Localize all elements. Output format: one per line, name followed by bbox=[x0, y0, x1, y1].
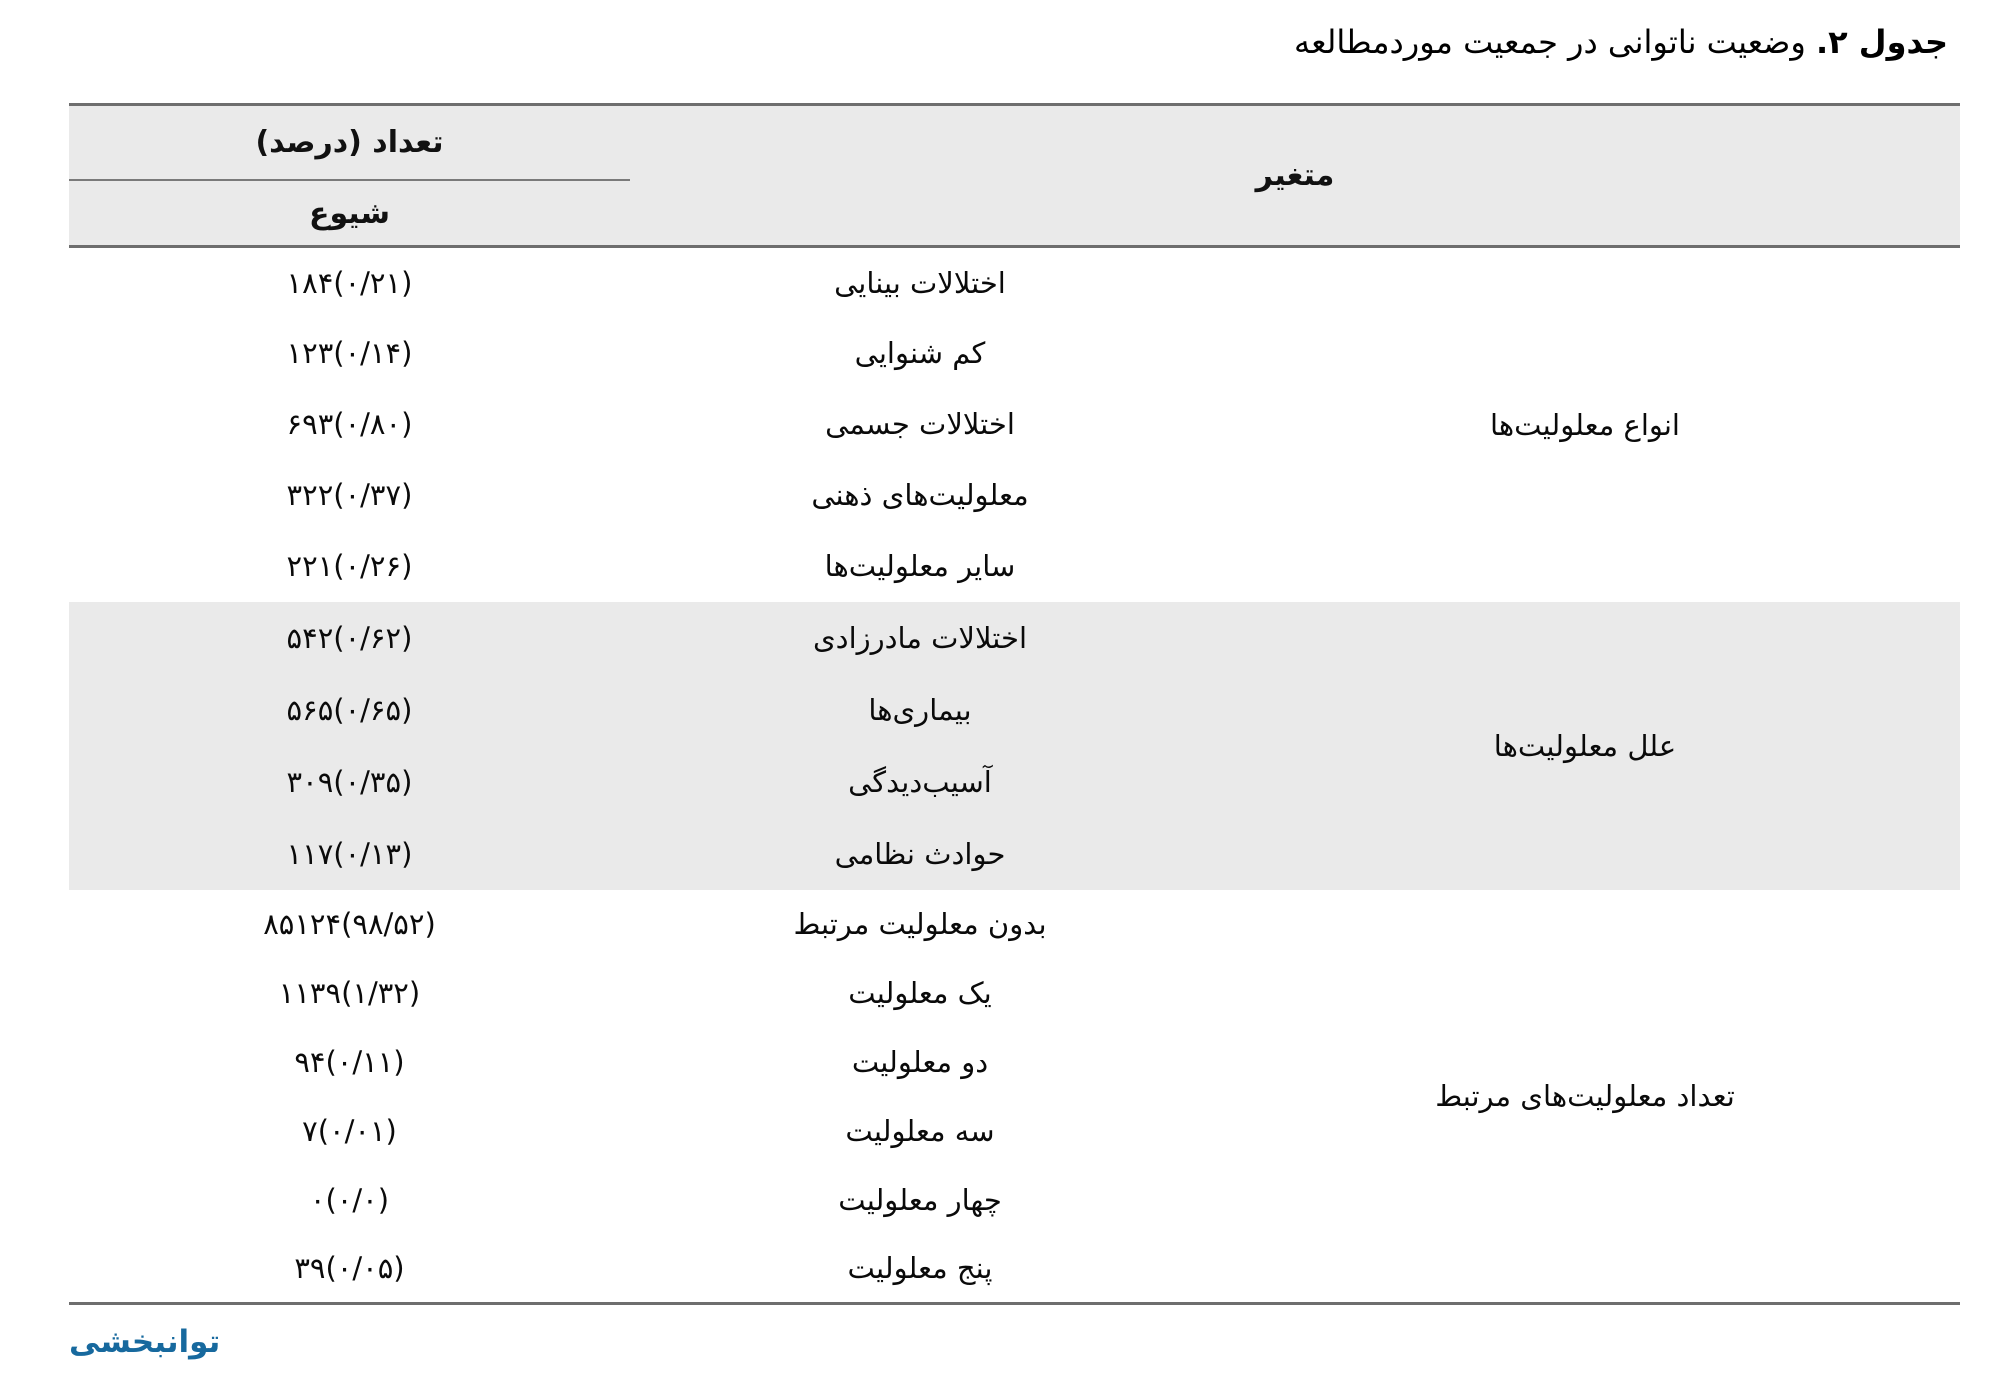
group-label: تعداد معلولیت‌های مرتبط bbox=[1210, 890, 1960, 1304]
value-cell: ۵۴۲(۰/۶۲) bbox=[69, 602, 630, 674]
variable-cell: معلولیت‌های ذهنی bbox=[630, 460, 1210, 531]
journal-logo: توانبخشی bbox=[69, 1324, 220, 1360]
variable-cell: پنج معلولیت bbox=[630, 1235, 1210, 1304]
group-label: انواع معلولیت‌ها bbox=[1210, 247, 1960, 602]
table-header: متغیر تعداد (درصد) شیوع bbox=[69, 105, 1960, 247]
variable-cell: بیماری‌ها bbox=[630, 674, 1210, 746]
variable-cell: بدون معلولیت مرتبط bbox=[630, 890, 1210, 959]
variable-cell: اختلالات مادرزادی bbox=[630, 602, 1210, 674]
table-title-number: جدول ۲. bbox=[1816, 23, 1948, 61]
value-cell: ۰(۰/۰) bbox=[69, 1166, 630, 1235]
variable-cell: چهار معلولیت bbox=[630, 1166, 1210, 1235]
header-count-percent: تعداد (درصد) bbox=[69, 105, 630, 181]
value-cell: ۲۲۱(۰/۲۶) bbox=[69, 531, 630, 602]
group-related-disability-count: تعداد معلولیت‌های مرتبط بدون معلولیت مرت… bbox=[69, 890, 1960, 1304]
value-cell: ۳۰۹(۰/۳۵) bbox=[69, 746, 630, 818]
value-cell: ۹۴(۰/۱۱) bbox=[69, 1028, 630, 1097]
page: جدول ۲. وضعیت ناتوانی در جمعیت موردمطالع… bbox=[0, 0, 1994, 1395]
group-disability-types: انواع معلولیت‌ها اختلالات بینایی ۱۸۴(۰/۲… bbox=[69, 247, 1960, 602]
variable-cell: اختلالات جسمی bbox=[630, 389, 1210, 460]
variable-cell: کم شنوایی bbox=[630, 318, 1210, 389]
table-title: جدول ۲. وضعیت ناتوانی در جمعیت موردمطالع… bbox=[1294, 20, 1948, 65]
value-cell: ۱۱۳۹(۱/۳۲) bbox=[69, 959, 630, 1028]
value-cell: ۶۹۳(۰/۸۰) bbox=[69, 389, 630, 460]
table-row: علل معلولیت‌ها اختلالات مادرزادی ۵۴۲(۰/۶… bbox=[69, 602, 1960, 674]
variable-cell: آسیب‌دیدگی bbox=[630, 746, 1210, 818]
value-cell: ۱۱۷(۰/۱۳) bbox=[69, 818, 630, 890]
variable-cell: سه معلولیت bbox=[630, 1097, 1210, 1166]
header-prevalence: شیوع bbox=[69, 180, 630, 247]
value-cell: ۷(۰/۰۱) bbox=[69, 1097, 630, 1166]
group-label: علل معلولیت‌ها bbox=[1210, 602, 1960, 890]
group-disability-causes: علل معلولیت‌ها اختلالات مادرزادی ۵۴۲(۰/۶… bbox=[69, 602, 1960, 890]
variable-cell: یک معلولیت bbox=[630, 959, 1210, 1028]
variable-cell: سایر معلولیت‌ها bbox=[630, 531, 1210, 602]
value-cell: ۳۹(۰/۰۵) bbox=[69, 1235, 630, 1304]
value-cell: ۵۶۵(۰/۶۵) bbox=[69, 674, 630, 746]
value-cell: ۱۸۴(۰/۲۱) bbox=[69, 247, 630, 318]
table-row: انواع معلولیت‌ها اختلالات بینایی ۱۸۴(۰/۲… bbox=[69, 247, 1960, 318]
value-cell: ۸۵۱۲۴(۹۸/۵۲) bbox=[69, 890, 630, 959]
value-cell: ۱۲۳(۰/۱۴) bbox=[69, 318, 630, 389]
variable-cell: حوادث نظامی bbox=[630, 818, 1210, 890]
table-title-text: وضعیت ناتوانی در جمعیت موردمطالعه bbox=[1294, 23, 1806, 61]
table-row: تعداد معلولیت‌های مرتبط بدون معلولیت مرت… bbox=[69, 890, 1960, 959]
variable-cell: اختلالات بینایی bbox=[630, 247, 1210, 318]
header-variable: متغیر bbox=[630, 105, 1960, 247]
disability-table: متغیر تعداد (درصد) شیوع انواع معلولیت‌ها… bbox=[69, 103, 1960, 1305]
variable-cell: دو معلولیت bbox=[630, 1028, 1210, 1097]
value-cell: ۳۲۲(۰/۳۷) bbox=[69, 460, 630, 531]
